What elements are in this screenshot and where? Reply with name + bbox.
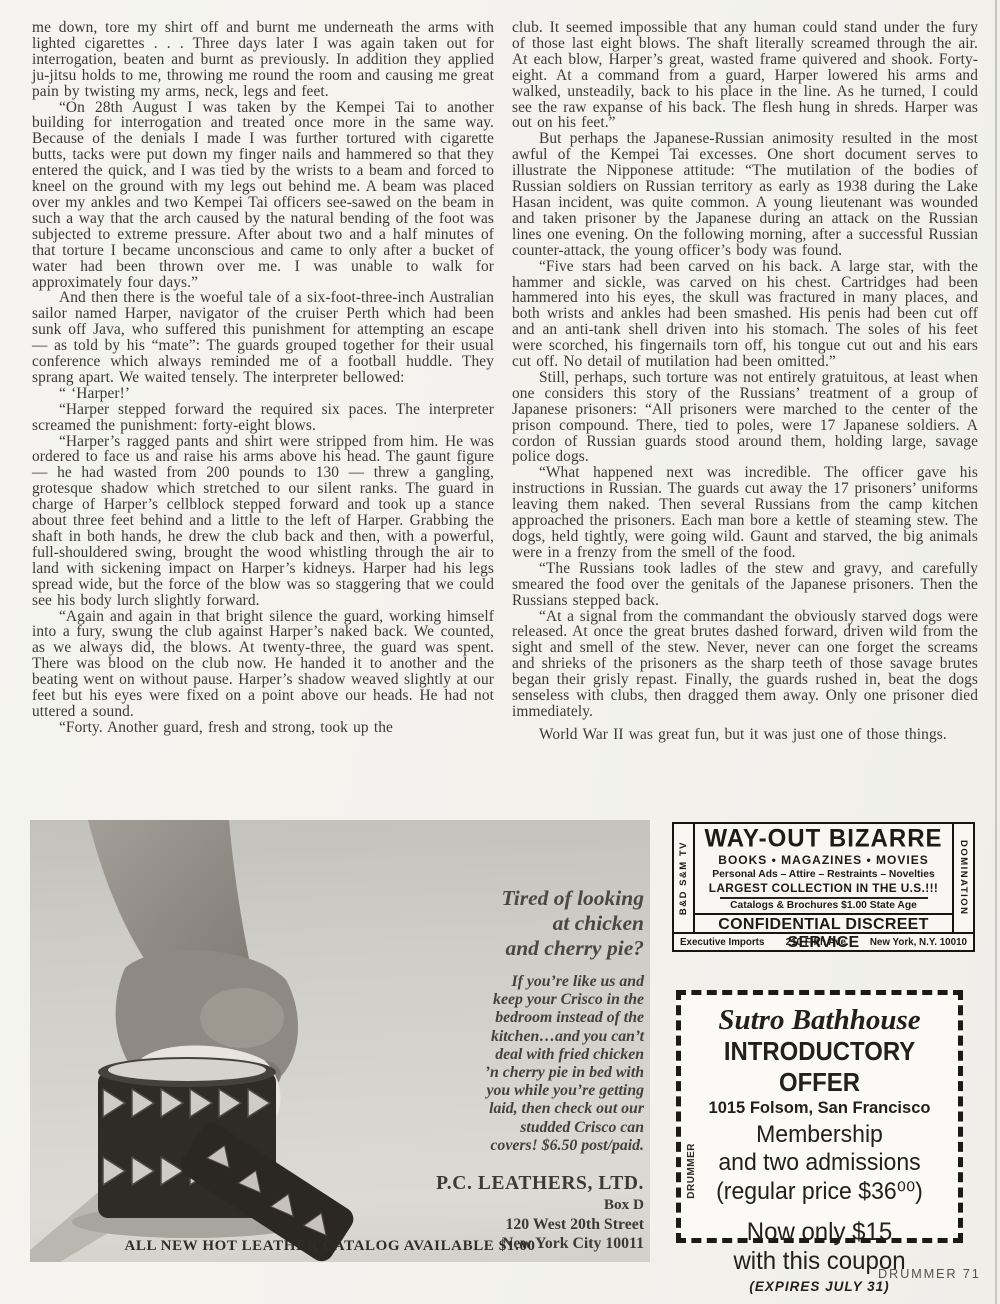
divider-rule [720,897,928,899]
footer-company: Executive Imports [680,937,764,948]
headline-line: at chicken [388,911,644,936]
paragraph: me down, tore my shirt off and burnt me … [32,20,494,100]
body-line: covers! $6.50 post/paid. [388,1137,644,1155]
page-edge-line [995,0,997,1304]
paragraph: “At a signal from the commandant the obv… [512,609,978,720]
way-out-bizarre-main: B&D S&M TV WAY-OUT BIZARRE BOOKS • MAGAZ… [674,824,973,932]
pc-leathers-body: If you’re like us andkeep your Crisco in… [388,973,644,1155]
ad-line-personal: Personal Ads – Attire – Restraints – Nov… [712,869,934,880]
pc-leathers-headline: Tired of lookingat chickenand cherry pie… [388,886,644,961]
ad-line-largest: LARGEST COLLECTION IN THE U.S.!!! [709,881,938,895]
article-column-right: club. It seemed impossible that any huma… [512,20,978,743]
pc-leathers-copy: Tired of lookingat chickenand cherry pie… [388,886,644,1254]
coupon-line-price: Now only $15 [687,1218,953,1247]
side-text-left-label: B&D S&M TV [678,841,689,915]
paragraph: club. It seemed impossible that any huma… [512,20,978,131]
pc-leathers-ad: Tired of lookingat chickenand cherry pie… [30,820,650,1262]
magazine-page: me down, tore my shirt off and burnt me … [0,0,1000,1304]
paragraph: “The Russians took ladles of the stew an… [512,561,978,609]
paragraph: “On 28th August I was taken by the Kempe… [32,100,494,291]
page-footer: DRUMMER 71 [878,1266,981,1281]
coupon-address: 1015 Folsom, San Francisco [681,1099,958,1118]
body-line: If you’re like us and [388,973,644,991]
catalog-caption: ALL NEW HOT LEATHER CATALOG AVAILABLE $1… [30,1238,630,1255]
coupon-title: Sutro Bathhouse [681,1004,958,1037]
pc-leathers-company: P.C. LEATHERS, LTD. [388,1173,644,1195]
ad-title: WAY-OUT BIZARRE [704,824,942,853]
body-line: you while you’re getting [388,1082,644,1100]
footer-address: 210 Fifth Ave. [786,937,849,948]
body-line: deal with fried chicken [388,1046,644,1064]
paragraph: “Forty. Another guard, fresh and strong,… [32,720,494,736]
body-line: laid, then check out our [388,1100,644,1118]
headline-line: and cherry pie? [388,936,644,961]
paragraph: Still, perhaps, such torture was not ent… [512,370,978,465]
paragraph: “Again and again in that bright silence … [32,609,494,720]
paragraph: But perhaps the Japanese-Russian animosi… [512,131,978,258]
coupon-line-membership: Membership [687,1121,953,1149]
drummer-stamp: DRUMMER [686,1143,697,1199]
paragraph: “Harper stepped forward the required six… [32,402,494,434]
address-line: 120 West 20th Street [388,1215,644,1235]
paragraph: “Harper’s ragged pants and shirt were st… [32,434,494,609]
way-out-bizarre-footer: Executive Imports 210 Fifth Ave. New Yor… [674,932,973,950]
side-text-left: B&D S&M TV [674,824,695,932]
body-line: keep your Crisco in the [388,991,644,1009]
ad-subtitle: BOOKS • MAGAZINES • MOVIES [718,853,928,867]
footer-city: New York, N.Y. 10010 [870,937,967,948]
body-line: bedroom instead of the [388,1009,644,1027]
stud-row [100,1086,274,1120]
way-out-bizarre-center: WAY-OUT BIZARRE BOOKS • MAGAZINES • MOVI… [695,824,952,932]
coupon-expiry: (EXPIRES JULY 31) [681,1279,958,1294]
coupon-offer: INTRODUCTORY OFFER [692,1036,947,1098]
paragraph: “ ‘Harper!’ [32,386,494,402]
coupon-line-regular-price: (regular price $36⁰⁰) [687,1177,953,1206]
coupon-line-admissions: and two admissions [687,1149,953,1177]
side-text-right: DOMINATION [952,824,973,932]
address-line: Box D [388,1195,644,1215]
sutro-bathhouse-coupon: Sutro Bathhouse INTRODUCTORY OFFER 1015 … [676,990,963,1243]
paragraph: And then there is the woeful tale of a s… [32,290,494,385]
article-column-left: me down, tore my shirt off and burnt me … [32,20,494,736]
paragraph: “What happened next was incredible. The … [512,465,978,560]
paragraph: World War II was great fun, but it was j… [512,727,978,743]
body-line: studded Crisco can [388,1119,644,1137]
side-text-right-label: DOMINATION [958,840,969,916]
body-line: kitchen…and you can’t [388,1028,644,1046]
way-out-bizarre-ad: B&D S&M TV WAY-OUT BIZARRE BOOKS • MAGAZ… [672,822,975,952]
body-line: ’n cherry pie in bed with [388,1064,644,1082]
headline-line: Tired of looking [388,886,644,911]
paragraph: “Five stars had been carved on his back.… [512,259,978,370]
ad-line-catalogs: Catalogs & Brochures $1.00 State Age [730,900,917,911]
